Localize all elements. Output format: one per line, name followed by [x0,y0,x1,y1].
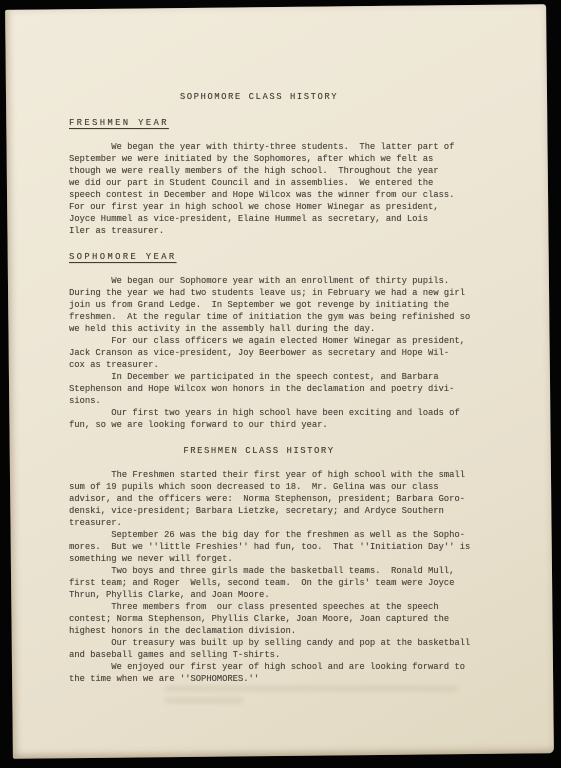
paragraph: We enjoyed our first year of high school… [69,661,471,685]
section-freshmen-year: FRESHMEN YEAR We began the year with thi… [69,117,471,237]
paragraph: In December we participated in the speec… [69,371,471,407]
paragraph: Two boys and three girls made the basket… [69,565,471,601]
paragraph: We began our Sophomore year with an enro… [69,275,471,335]
section-sophomore-year: SOPHOMORE YEAR We began our Sophomore ye… [69,251,471,431]
paragraph: The Freshmen started their first year of… [69,469,471,529]
paragraph: Three members from our class presented s… [69,601,471,637]
section-freshmen-class-history: FRESHMEN CLASS HISTORY The Freshmen star… [69,445,471,685]
paragraph: Our treasury was built up by selling can… [69,637,471,661]
page-title: SOPHOMORE CLASS HISTORY [69,91,471,103]
section-heading-freshmen-class-history: FRESHMEN CLASS HISTORY [69,445,471,457]
paragraph: We began the year with thirty-three stud… [69,141,471,237]
section-heading-freshmen-year: FRESHMEN YEAR [69,117,471,129]
ink-bleed-through [165,698,243,703]
paragraph: Our first two years in high school have … [69,407,471,431]
paragraph: September 26 was the big day for the fre… [69,529,471,565]
section-heading-sophomore-year: SOPHOMORE YEAR [69,251,471,263]
paragraph: For our class officers we again elected … [69,335,471,371]
ink-bleed-through [165,686,457,691]
page-content: SOPHOMORE CLASS HISTORY FRESHMEN YEAR We… [69,91,471,685]
